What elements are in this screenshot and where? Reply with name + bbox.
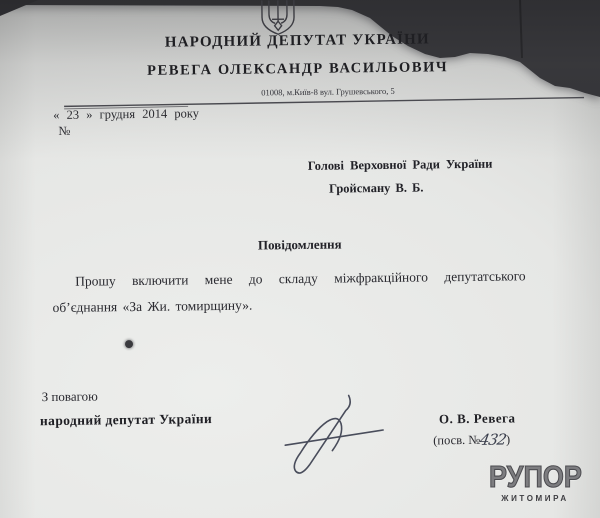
rupor-zhytomyra-watermark: РУПОР ЖИТОМИРА	[489, 464, 581, 503]
watermark-title: РУПОР	[489, 462, 581, 492]
credential-prefix: (посв. №	[433, 433, 480, 448]
credential-line: (посв. №432)	[433, 429, 510, 448]
letter-document: НАРОДНИЙ ДЕПУТАТ УКРАЇНИ РЕВЕГА ОЛЕКСАНД…	[0, 0, 600, 518]
signer-name: О. В. Ревега	[439, 410, 516, 427]
document-photo: НАРОДНИЙ ДЕПУТАТ УКРАЇНИ РЕВЕГА ОЛЕКСАНД…	[0, 0, 600, 518]
credential-number-handwritten: 432	[479, 430, 508, 448]
watermark-subtitle: ЖИТОМИРА	[489, 494, 581, 503]
